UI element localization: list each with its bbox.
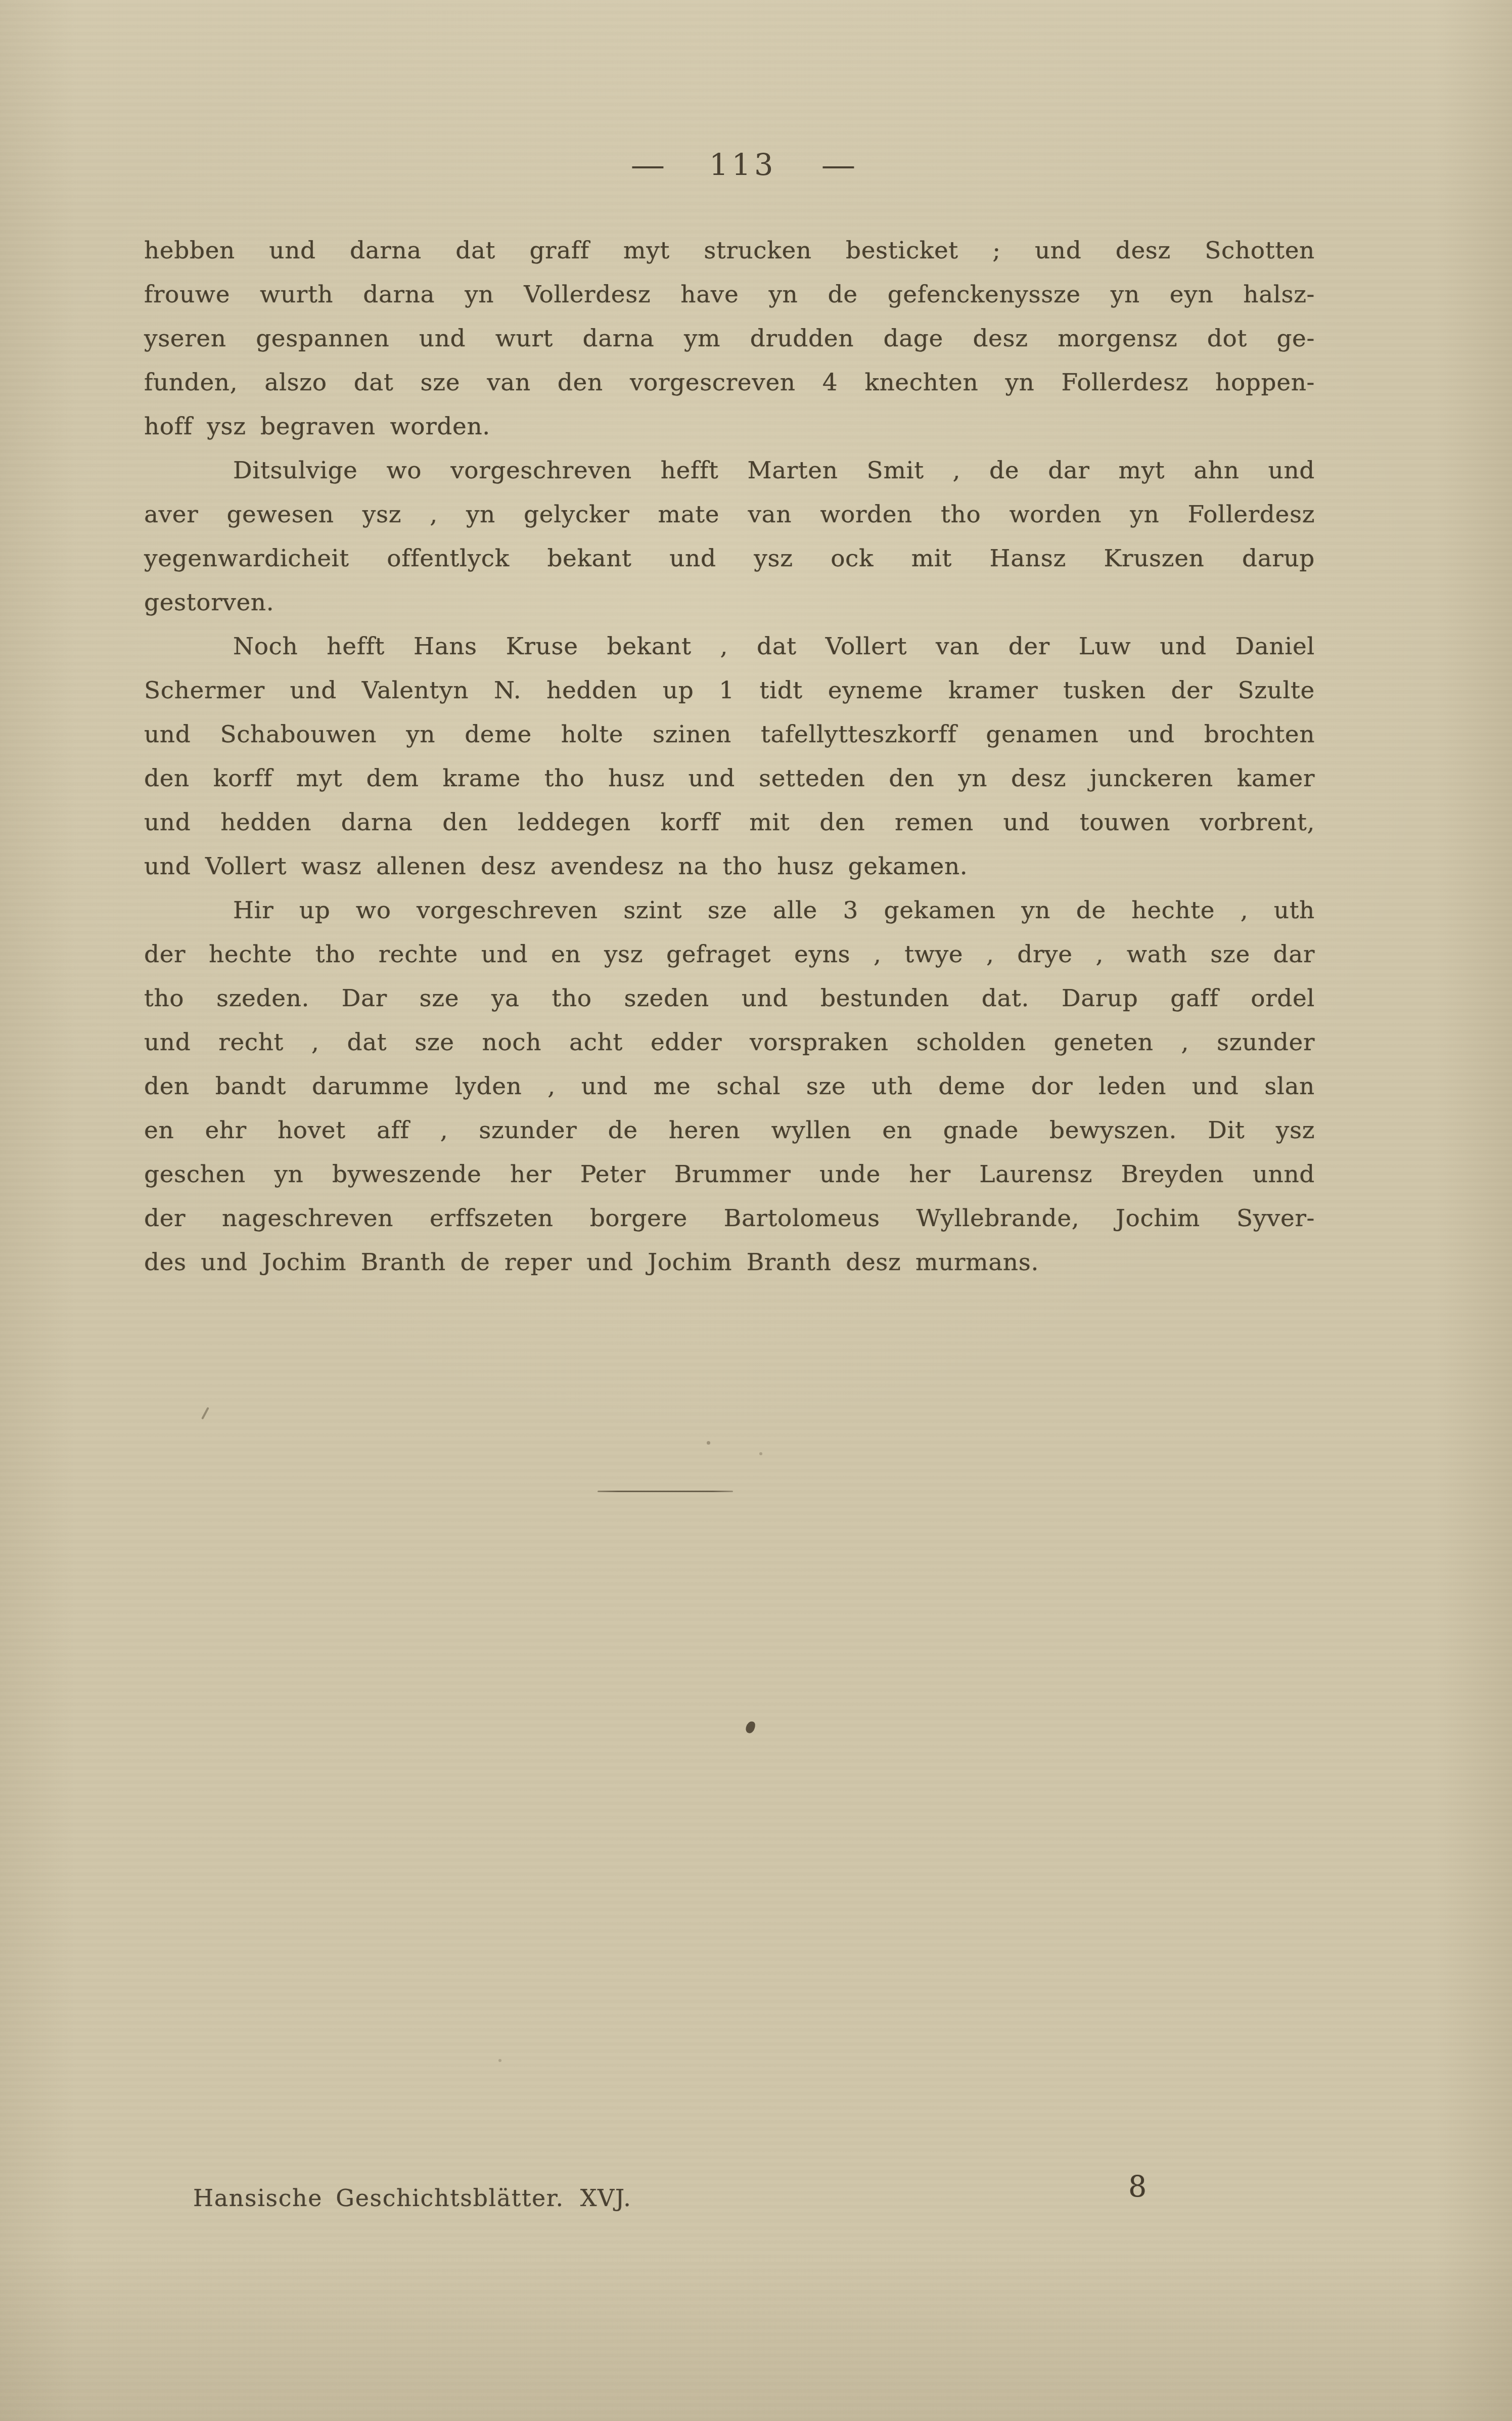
- text-line: und Schabouwen yn deme holte szinen tafe…: [144, 712, 1315, 756]
- text-line: hebben und darna dat graff myt strucken …: [144, 229, 1315, 273]
- text-line: Hir up wo vorgeschreven szint sze alle 3…: [144, 888, 1315, 932]
- page-header: — 113 —: [633, 148, 853, 183]
- text-line: Ditsulvige wo vorgeschreven hefft Marten…: [144, 449, 1315, 492]
- text-line: Schermer und Valentyn N. hedden up 1 tid…: [144, 668, 1315, 712]
- header-dash-right: —: [821, 148, 855, 183]
- footer-signature-number: 8: [1128, 2170, 1147, 2204]
- text-line: den korff myt dem krame tho husz und set…: [144, 756, 1315, 800]
- section-divider-rule: [598, 1491, 733, 1492]
- header-dash-left: —: [631, 148, 665, 183]
- paragraph: Hir up wo vorgeschreven szint sze alle 3…: [144, 888, 1315, 1284]
- ink-speck: [201, 1407, 209, 1420]
- text-line: frouwe wurth darna yn Vollerdesz have yn…: [144, 273, 1315, 317]
- text-block: hebben und darna dat graff myt strucken …: [144, 229, 1315, 1284]
- text-line: des und Jochim Branth de reper und Jochi…: [144, 1240, 1315, 1284]
- text-line: und hedden darna den leddegen korff mit …: [144, 800, 1315, 844]
- text-line: Noch hefft Hans Kruse bekant , dat Volle…: [144, 624, 1315, 668]
- text-line: yegenwardicheit offentlyck bekant und ys…: [144, 536, 1315, 580]
- footer-journal-name: Hansische Geschichtsblätter.: [193, 2184, 564, 2212]
- paragraph: Ditsulvige wo vorgeschreven hefft Marten…: [144, 449, 1315, 624]
- text-line: geschen yn byweszende her Peter Brummer …: [144, 1152, 1315, 1196]
- text-line: gestorven.: [144, 580, 1315, 624]
- text-line: funden, alszo dat sze van den vorgescrev…: [144, 361, 1315, 405]
- text-line: hoff ysz begraven worden.: [144, 405, 1315, 449]
- paragraph: Noch hefft Hans Kruse bekant , dat Volle…: [144, 624, 1315, 888]
- scanned-book-page: { "colors": { "paper": "#cfc5a9", "ink":…: [0, 0, 1512, 2421]
- text-line: und recht , dat sze noch acht edder vors…: [144, 1020, 1315, 1064]
- text-line: der hechte tho rechte und en ysz gefrage…: [144, 932, 1315, 976]
- text-line: aver gewesen ysz , yn gelycker mate van …: [144, 492, 1315, 536]
- footer-volume-number: XVJ.: [580, 2184, 632, 2212]
- text-line: tho szeden. Dar sze ya tho szeden und be…: [144, 976, 1315, 1020]
- ink-speck: [759, 1452, 762, 1455]
- ink-speck: [707, 1441, 710, 1445]
- text-line: den bandt darumme lyden , und me schal s…: [144, 1064, 1315, 1108]
- text-line: yseren gespannen und wurt darna ym drudd…: [144, 317, 1315, 361]
- paragraph: hebben und darna dat graff myt strucken …: [144, 229, 1315, 449]
- text-line: und Vollert wasz allenen desz avendesz n…: [144, 844, 1315, 888]
- ink-speck: [498, 2059, 501, 2062]
- text-line: der nageschreven erffszeten borgere Bart…: [144, 1196, 1315, 1240]
- page-number: 113: [709, 148, 777, 183]
- ink-speck: [745, 1720, 756, 1734]
- footer-journal-title: Hansische Geschichtsblätter.XVJ.: [193, 2184, 631, 2212]
- text-line: en ehr hovet aff , szunder de heren wyll…: [144, 1108, 1315, 1152]
